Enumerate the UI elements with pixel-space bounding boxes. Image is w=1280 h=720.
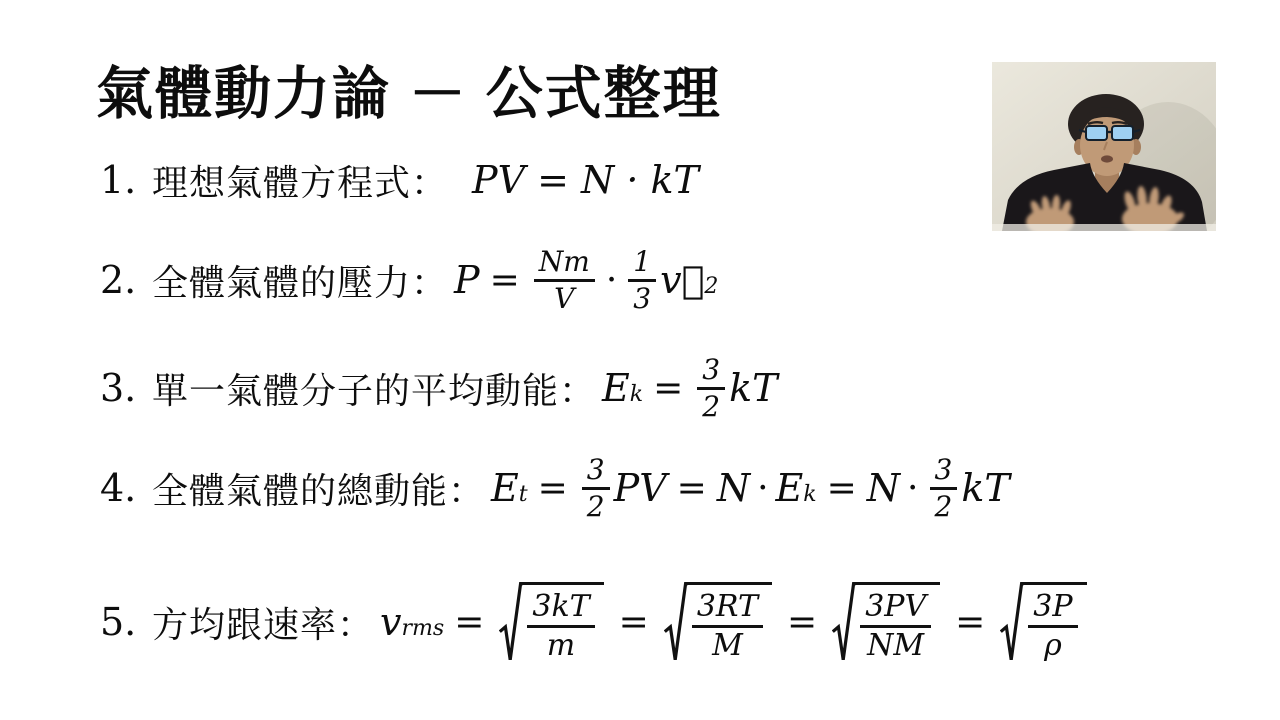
- formula-5-number: 5.: [100, 600, 152, 644]
- formula-3: 3. 單一氣體分子的平均動能： Ek = 3 2 kT: [100, 346, 778, 430]
- vrms-symbol: vrms: [380, 600, 444, 644]
- equals-sign: =: [454, 602, 484, 643]
- webcam-bottom-edge: [992, 224, 1216, 231]
- formula-2: 2. 全體氣體的壓力： P = Nm V · 1 3 v⃗2: [100, 238, 718, 322]
- formula-1-label: 理想氣體方程式：: [152, 155, 448, 206]
- equals-sign: =: [787, 602, 817, 643]
- sqrt-3kT-over-m: 3kT m: [499, 582, 603, 662]
- dot-operator: ·: [606, 260, 617, 301]
- radical-sign-icon: [1000, 582, 1024, 662]
- fraction-three-halves: 3 2: [582, 454, 610, 522]
- formula-3-number: 3.: [100, 366, 152, 410]
- total-energy-symbol: Et: [491, 466, 528, 510]
- sqrt-3PV-over-NM: 3PV NM: [832, 582, 940, 662]
- formula-1-number: 1.: [100, 158, 152, 202]
- formula-5: 5. 方均跟速率： vrms = 3kT m = 3RT M = 3PV NM …: [100, 570, 1092, 674]
- N-symbol: N: [867, 466, 900, 510]
- equals-sign: =: [955, 602, 985, 643]
- radical-sign-icon: [832, 582, 856, 662]
- equals-sign: =: [827, 468, 857, 509]
- N-symbol: N: [717, 466, 750, 510]
- equals-sign: =: [619, 602, 649, 643]
- formula-1-equation: PV = N · kT: [472, 158, 699, 202]
- fraction-three-halves: 3 2: [930, 454, 958, 522]
- radical-sign-icon: [499, 582, 523, 662]
- formula-4: 4. 全體氣體的總動能： Et = 3 2 PV = N · Ek = N · …: [100, 446, 1010, 530]
- dot-operator: ·: [757, 468, 768, 509]
- sqrt-3P-over-rho: 3P ρ: [1000, 582, 1086, 662]
- formula-2-lhs: P: [454, 258, 480, 302]
- fraction-Nm-V: Nm V: [534, 246, 595, 314]
- kinetic-energy-symbol: Ek: [776, 466, 817, 510]
- formula-4-number: 4.: [100, 466, 152, 510]
- formula-4-label: 全體氣體的總動能：: [152, 463, 485, 514]
- velocity-squared: v⃗2: [660, 258, 718, 302]
- equals-sign: =: [653, 368, 683, 409]
- dot-operator: ·: [907, 468, 918, 509]
- formula-1: 1. 理想氣體方程式： PV = N · kT: [100, 156, 699, 204]
- kT-term: kT: [961, 466, 1009, 510]
- formula-3-label: 單一氣體分子的平均動能：: [152, 363, 596, 414]
- PV-term: PV: [614, 466, 667, 510]
- fraction-three-halves: 3 2: [697, 354, 725, 422]
- webcam-overlay: [992, 62, 1216, 231]
- kT-term: kT: [729, 366, 777, 410]
- presenter-video-frame: [992, 62, 1216, 231]
- sqrt-3RT-over-M: 3RT M: [664, 582, 772, 662]
- glasses-right-lens: [1112, 126, 1133, 140]
- slide-title: 氣體動力論 － 公式整理: [96, 48, 722, 130]
- fraction-one-third: 1 3: [628, 246, 656, 314]
- equals-sign: =: [677, 468, 707, 509]
- radical-sign-icon: [664, 582, 688, 662]
- presenter-mouth: [1101, 155, 1113, 162]
- equals-sign: =: [538, 468, 568, 509]
- formula-2-label: 全體氣體的壓力：: [152, 255, 448, 306]
- equals-sign: =: [490, 260, 520, 301]
- glasses-left-lens: [1086, 126, 1107, 140]
- formula-5-label: 方均跟速率：: [152, 597, 374, 648]
- kinetic-energy-symbol: Ek: [602, 366, 643, 410]
- formula-2-number: 2.: [100, 258, 152, 302]
